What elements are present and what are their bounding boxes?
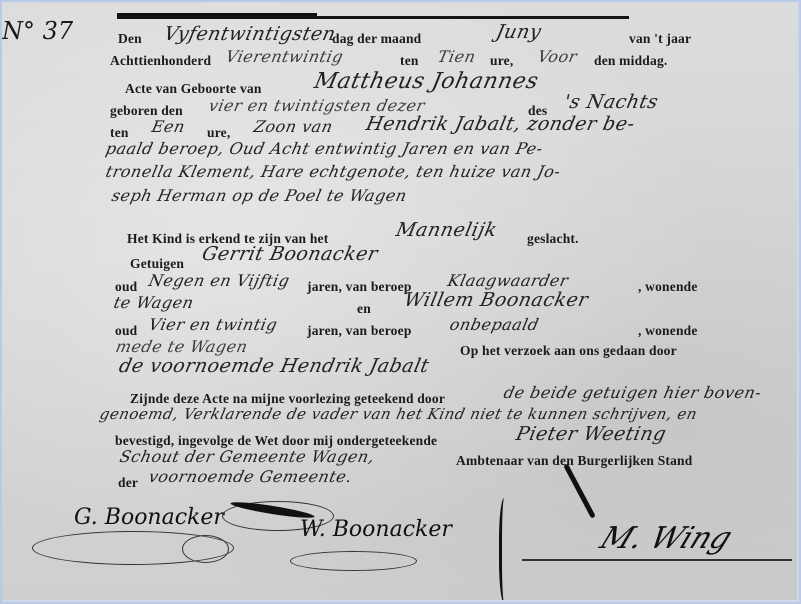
document-page: N° 37 Den Vyfentwintigsten dag der maand…: [2, 3, 797, 600]
printed-text: Op het verzoek aan ons gedaan door: [460, 343, 677, 359]
signature-official: M. Wing: [595, 521, 737, 556]
handwritten-official-name: Pieter Weeting: [514, 423, 668, 445]
printed-text: geslacht.: [527, 231, 579, 247]
handwritten-parents-line: tronella Klement, Hare echtgenote, ten h…: [104, 162, 562, 181]
signature-witness-2: W. Boonacker: [300, 517, 452, 542]
handwritten-witness-2-residence: mede te Wagen: [114, 337, 250, 356]
handwritten-time-of-day: Voor: [536, 47, 579, 66]
printed-text: den middag.: [594, 53, 667, 69]
handwritten-witness-2-occupation: onbepaald: [448, 315, 541, 334]
printed-text: , wonende: [638, 323, 698, 339]
printed-text: der: [118, 475, 138, 491]
signature-flourish: [182, 535, 229, 563]
handwritten-witness-1-residence: te Wagen: [112, 293, 196, 312]
record-number: N° 37: [2, 17, 73, 45]
printed-text: van 't jaar: [629, 31, 691, 47]
signature-witness-1: G. Boonacker: [74, 505, 224, 530]
handwritten-child-name: Mattheus Johannes: [312, 69, 541, 94]
handwritten-official-title: Schout der Gemeente Wagen,: [118, 447, 377, 466]
handwritten-parents-line: paald beroep, Oud Acht entwintig Jaren e…: [104, 139, 545, 158]
handwritten-municipality: voornoemde Gemeente.: [147, 467, 354, 486]
handwritten-sex: Mannelijk: [394, 219, 499, 241]
handwritten-birth-hour: Een: [150, 117, 187, 136]
handwritten-hour: Tien: [436, 47, 478, 66]
signature-underline: [522, 559, 792, 561]
printed-text: Acte van Geboorte van: [125, 81, 262, 97]
handwritten-witness-1-occupation: Klaagwaarder: [446, 271, 570, 290]
handwritten-day: Vyfentwintigsten: [162, 23, 338, 45]
handwritten-birth-period: 's Nachts: [562, 91, 660, 113]
printed-text: Achttienhonderd: [110, 53, 211, 69]
ink-stroke: [563, 463, 596, 518]
handwritten-son-of: Zoon van: [252, 117, 335, 136]
printed-text: jaren, van beroep: [307, 279, 412, 295]
handwritten-parents-line: seph Herman op de Poel te Wagen: [110, 186, 409, 205]
handwritten-signing-note: genoemd, Verklarende de vader van het Ki…: [98, 405, 699, 423]
handwritten-year: Vierentwintig: [224, 47, 345, 66]
printed-text: jaren, van beroep: [307, 323, 412, 339]
handwritten-declarant: de voornoemde Hendrik Jabalt: [117, 355, 431, 377]
printed-text: ure,: [490, 53, 513, 69]
printed-text: Den: [118, 31, 142, 47]
printed-text: Ambtenaar van den Burgerlijken Stand: [456, 453, 692, 469]
printed-text: Getuigen: [130, 256, 184, 272]
printed-text: ten: [400, 53, 419, 69]
printed-text: , wonende: [638, 279, 698, 295]
printed-text: en: [357, 301, 371, 317]
header-rule: [117, 16, 629, 19]
printed-text: dag der maand: [332, 31, 421, 47]
handwritten-witness-1-age: Negen en Vijftig: [147, 271, 292, 290]
handwritten-witness-1: Gerrit Boonacker: [200, 243, 380, 265]
handwritten-witness-2-age: Vier en twintig: [147, 315, 279, 334]
signature-flourish: [290, 551, 417, 571]
handwritten-father: Hendrik Jabalt, zonder be-: [364, 113, 637, 135]
handwritten-month: Juny: [494, 21, 544, 43]
handwritten-signing-note: de beide getuigen hier boven-: [502, 383, 763, 402]
handwritten-witness-2: Willem Boonacker: [402, 289, 590, 311]
signature-brace: [499, 498, 512, 600]
